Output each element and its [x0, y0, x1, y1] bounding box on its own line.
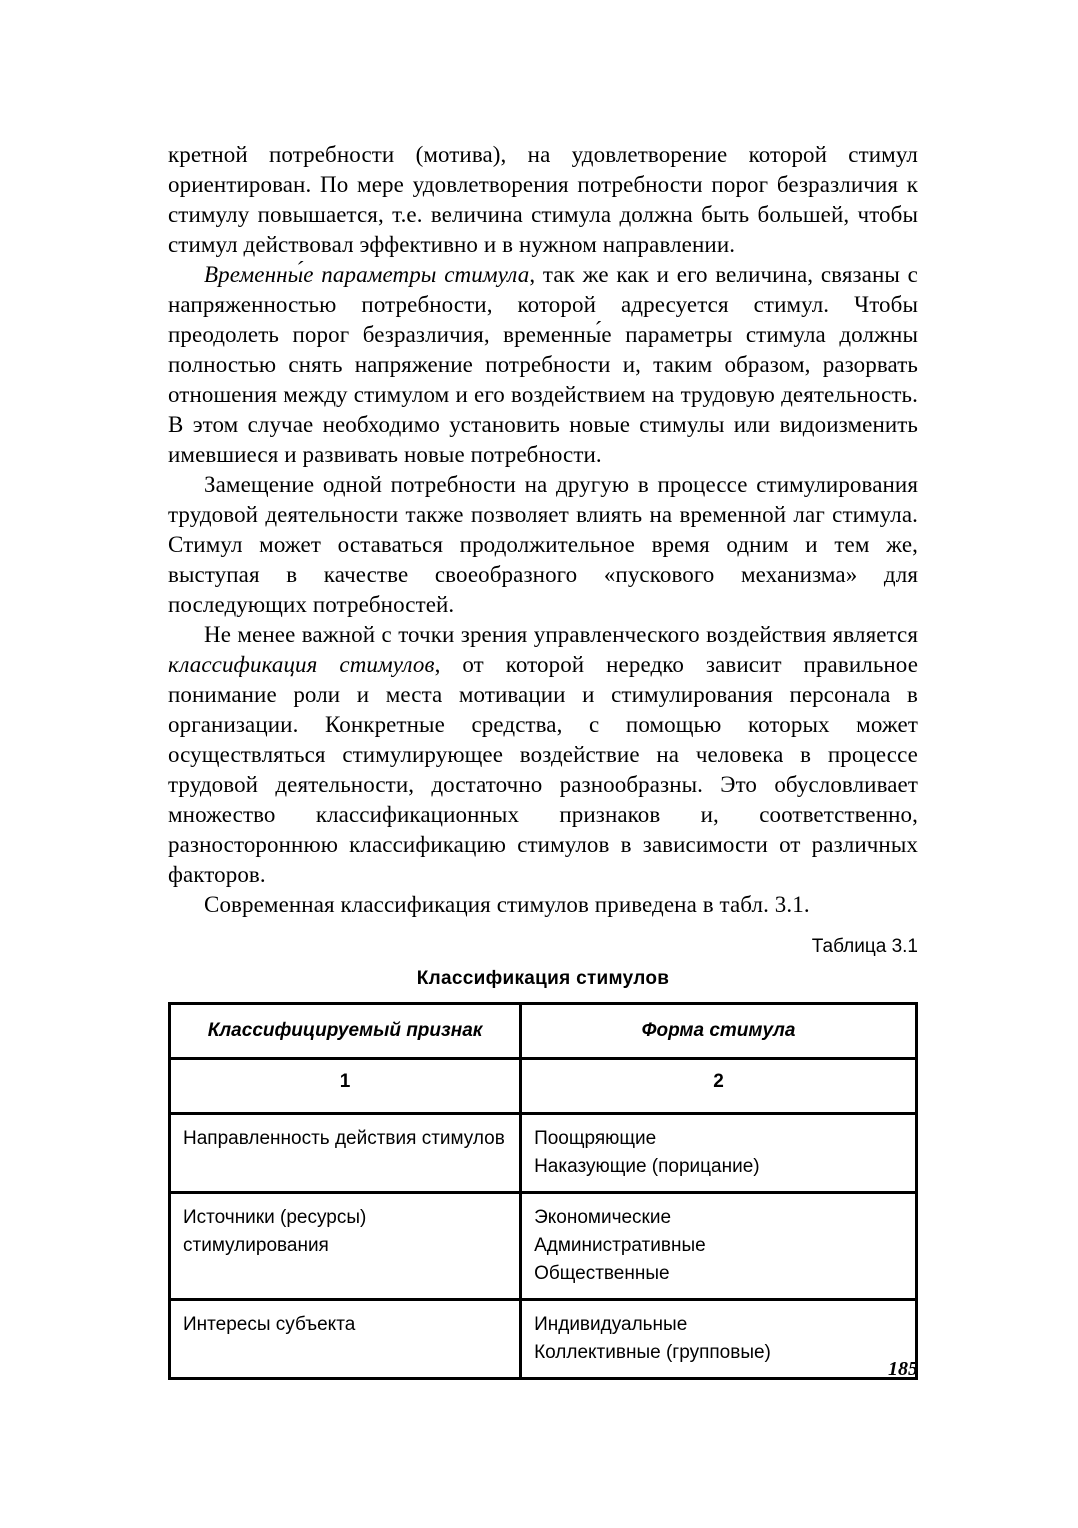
paragraph-body-text: , так же как и его величина, связаны с н…: [168, 262, 918, 467]
paragraph-body-text: Не менее важной с точки зрения управленч…: [204, 622, 918, 647]
text-block: кретной потребности (мотива), на удовлет…: [168, 140, 918, 1380]
classification-term-italic: классификация стимулов: [168, 652, 435, 677]
table-header-row: Классифицируемый признак Форма стимула: [170, 1004, 917, 1059]
feature-cell: Направленность действия стимулов: [170, 1114, 521, 1193]
book-page: кретной потребности (мотива), на удовлет…: [0, 0, 1078, 1528]
feature-cell: Источники (ресурсы) стимулирования: [170, 1193, 521, 1300]
forms-cell: Поощряющие Наказующие (порицание): [521, 1114, 917, 1193]
paragraph-continuation: кретной потребности (мотива), на удовлет…: [168, 140, 918, 260]
paragraph-table-reference: Современная классификация стимулов приве…: [168, 890, 918, 920]
table-title: Классификация стимулов: [168, 968, 918, 990]
classification-table: Классифицируемый признак Форма стимула 1…: [168, 1002, 918, 1380]
table-row: Источники (ресурсы) стимулирования Эконо…: [170, 1193, 917, 1300]
table-caption: Таблица 3.1: [168, 936, 918, 958]
page-number: 185: [168, 1358, 918, 1381]
paragraph-time-parameters: Временны́е параметры стимула, так же как…: [168, 260, 918, 470]
table-row: Направленность действия стимулов Поощряю…: [170, 1114, 917, 1193]
paragraph-substitution: Замещение одной потребности на другую в …: [168, 470, 918, 620]
paragraph-classification: Не менее важной с точки зрения управленч…: [168, 620, 918, 890]
paragraph-body-text: , от которой нередко зависит правильное …: [168, 652, 918, 887]
forms-cell: Экономические Административные Обществен…: [521, 1193, 917, 1300]
header-cell-feature: Классифицируемый признак: [170, 1004, 521, 1059]
paragraph-lead-italic: Временны́е параметры стимула: [204, 262, 529, 287]
column-number-cell: 2: [521, 1059, 917, 1114]
header-cell-form: Форма стимула: [521, 1004, 917, 1059]
table-number-row: 1 2: [170, 1059, 917, 1114]
column-number-cell: 1: [170, 1059, 521, 1114]
